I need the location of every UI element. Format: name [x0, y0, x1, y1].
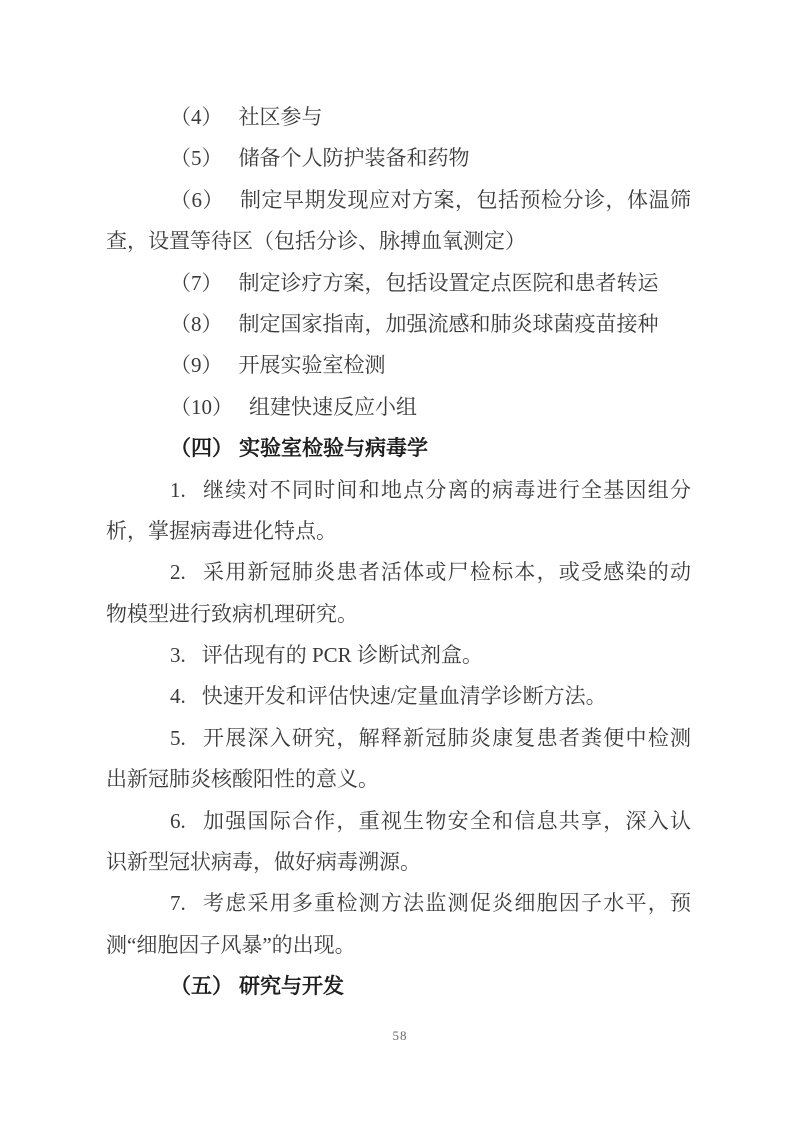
line-text: 采用新冠肺炎患者活体或尸检标本，或受感染的动 [202, 560, 691, 584]
line-text: 社区参与 [239, 105, 323, 129]
line-text: 析，掌握病毒进化特点。 [106, 519, 337, 543]
line-text: 评估现有的 PCR 诊断试剂盒。 [202, 643, 483, 667]
text-line: 2.采用新冠肺炎患者活体或尸检标本，或受感染的动 [106, 552, 691, 593]
list-label: （4） [170, 105, 223, 129]
line-text: 识新型冠状病毒，做好病毒溯源。 [106, 850, 421, 874]
line-text: 储备个人防护装备和药物 [239, 146, 470, 170]
list-label: 4. [170, 684, 186, 708]
list-label: （五） [170, 974, 233, 998]
paragraph: 7.考虑采用多重检测方法监测促炎细胞因子水平，预测“细胞因子风暴”的出现。 [106, 883, 691, 966]
text-line: 1.继续对不同时间和地点分离的病毒进行全基因组分 [106, 470, 691, 511]
text-line: （9）开展实验室检测 [106, 345, 691, 386]
text-line: （4）社区参与 [106, 97, 691, 138]
section-heading: （五）研究与开发 [106, 966, 691, 1007]
text-line: 4.快速开发和评估快速/定量血清学诊断方法。 [106, 676, 691, 717]
page-number: 58 [0, 1026, 800, 1046]
line-text: 制定国家指南，加强流感和肺炎球菌疫苗接种 [239, 312, 659, 336]
text-line: 识新型冠状病毒，做好病毒溯源。 [106, 842, 691, 883]
list-label: （7） [170, 271, 223, 295]
list-label: 3. [170, 643, 186, 667]
line-text: 开展实验室检测 [239, 353, 386, 377]
line-text: 考虑采用多重检测方法监测促炎细胞因子水平，预 [202, 891, 691, 915]
text-line: 测“细胞因子风暴”的出现。 [106, 925, 691, 966]
paragraph: （8）制定国家指南，加强流感和肺炎球菌疫苗接种 [106, 304, 691, 345]
line-text: 制定诊疗方案，包括设置定点医院和患者转运 [239, 271, 659, 295]
list-label: 6. [170, 809, 186, 833]
text-line: 5.开展深入研究，解释新冠肺炎康复患者粪便中检测 [106, 718, 691, 759]
list-label: （6） [170, 188, 224, 212]
text-line: （8）制定国家指南，加强流感和肺炎球菌疫苗接种 [106, 304, 691, 345]
line-text: 测“细胞因子风暴”的出现。 [106, 933, 356, 957]
list-label: （9） [170, 353, 223, 377]
text-line: 查，设置等待区（包括分诊、脉搏血氧测定） [106, 221, 691, 262]
list-label: （10） [170, 395, 233, 419]
list-label: 7. [170, 891, 186, 915]
paragraph: （7）制定诊疗方案，包括设置定点医院和患者转运 [106, 263, 691, 304]
line-text: 组建快速反应小组 [249, 395, 417, 419]
paragraph: 5.开展深入研究，解释新冠肺炎康复患者粪便中检测出新冠肺炎核酸阳性的意义。 [106, 718, 691, 801]
text-line: （7）制定诊疗方案，包括设置定点医院和患者转运 [106, 263, 691, 304]
text-line: （五）研究与开发 [106, 966, 691, 1007]
paragraph: 3.评估现有的 PCR 诊断试剂盒。 [106, 635, 691, 676]
text-line: （6）制定早期发现应对方案，包括预检分诊，体温筛 [106, 180, 691, 221]
text-line: （四）实验室检验与病毒学 [106, 428, 691, 469]
list-label: （8） [170, 312, 223, 336]
document-page: （4）社区参与（5）储备个人防护装备和药物（6）制定早期发现应对方案，包括预检分… [0, 0, 800, 1131]
text-line: 3.评估现有的 PCR 诊断试剂盒。 [106, 635, 691, 676]
text-line: （10）组建快速反应小组 [106, 387, 691, 428]
text-line: 出新冠肺炎核酸阳性的意义。 [106, 759, 691, 800]
line-text: 制定早期发现应对方案，包括预检分诊，体温筛 [240, 188, 691, 212]
paragraph: （9）开展实验室检测 [106, 345, 691, 386]
line-text: 查，设置等待区（包括分诊、脉搏血氧测定） [106, 229, 526, 253]
paragraph: （6）制定早期发现应对方案，包括预检分诊，体温筛查，设置等待区（包括分诊、脉搏血… [106, 180, 691, 263]
paragraph: 1.继续对不同时间和地点分离的病毒进行全基因组分析，掌握病毒进化特点。 [106, 470, 691, 553]
line-text: 开展深入研究，解释新冠肺炎康复患者粪便中检测 [202, 726, 691, 750]
line-text: 实验室检验与病毒学 [239, 436, 428, 460]
text-line: 析，掌握病毒进化特点。 [106, 511, 691, 552]
paragraph: 4.快速开发和评估快速/定量血清学诊断方法。 [106, 676, 691, 717]
paragraph: 6.加强国际合作，重视生物安全和信息共享，深入认识新型冠状病毒，做好病毒溯源。 [106, 801, 691, 884]
line-text: 继续对不同时间和地点分离的病毒进行全基因组分 [202, 478, 691, 502]
text-line: 6.加强国际合作，重视生物安全和信息共享，深入认 [106, 801, 691, 842]
text-line: 物模型进行致病机理研究。 [106, 594, 691, 635]
text-line: （5）储备个人防护装备和药物 [106, 138, 691, 179]
line-text: 出新冠肺炎核酸阳性的意义。 [106, 767, 379, 791]
paragraph: （5）储备个人防护装备和药物 [106, 138, 691, 179]
list-label: 5. [170, 726, 186, 750]
line-text: 物模型进行致病机理研究。 [106, 602, 358, 626]
paragraph: 2.采用新冠肺炎患者活体或尸检标本，或受感染的动物模型进行致病机理研究。 [106, 552, 691, 635]
document-content: （4）社区参与（5）储备个人防护装备和药物（6）制定早期发现应对方案，包括预检分… [106, 97, 691, 1008]
section-heading: （四）实验室检验与病毒学 [106, 428, 691, 469]
paragraph: （4）社区参与 [106, 97, 691, 138]
text-line: 7.考虑采用多重检测方法监测促炎细胞因子水平，预 [106, 883, 691, 924]
list-label: （5） [170, 146, 223, 170]
line-text: 研究与开发 [239, 974, 344, 998]
line-text: 快速开发和评估快速/定量血清学诊断方法。 [202, 684, 607, 708]
line-text: 加强国际合作，重视生物安全和信息共享，深入认 [202, 809, 691, 833]
list-label: 2. [170, 560, 186, 584]
paragraph: （10）组建快速反应小组 [106, 387, 691, 428]
list-label: （四） [170, 436, 233, 460]
list-label: 1. [170, 478, 186, 502]
